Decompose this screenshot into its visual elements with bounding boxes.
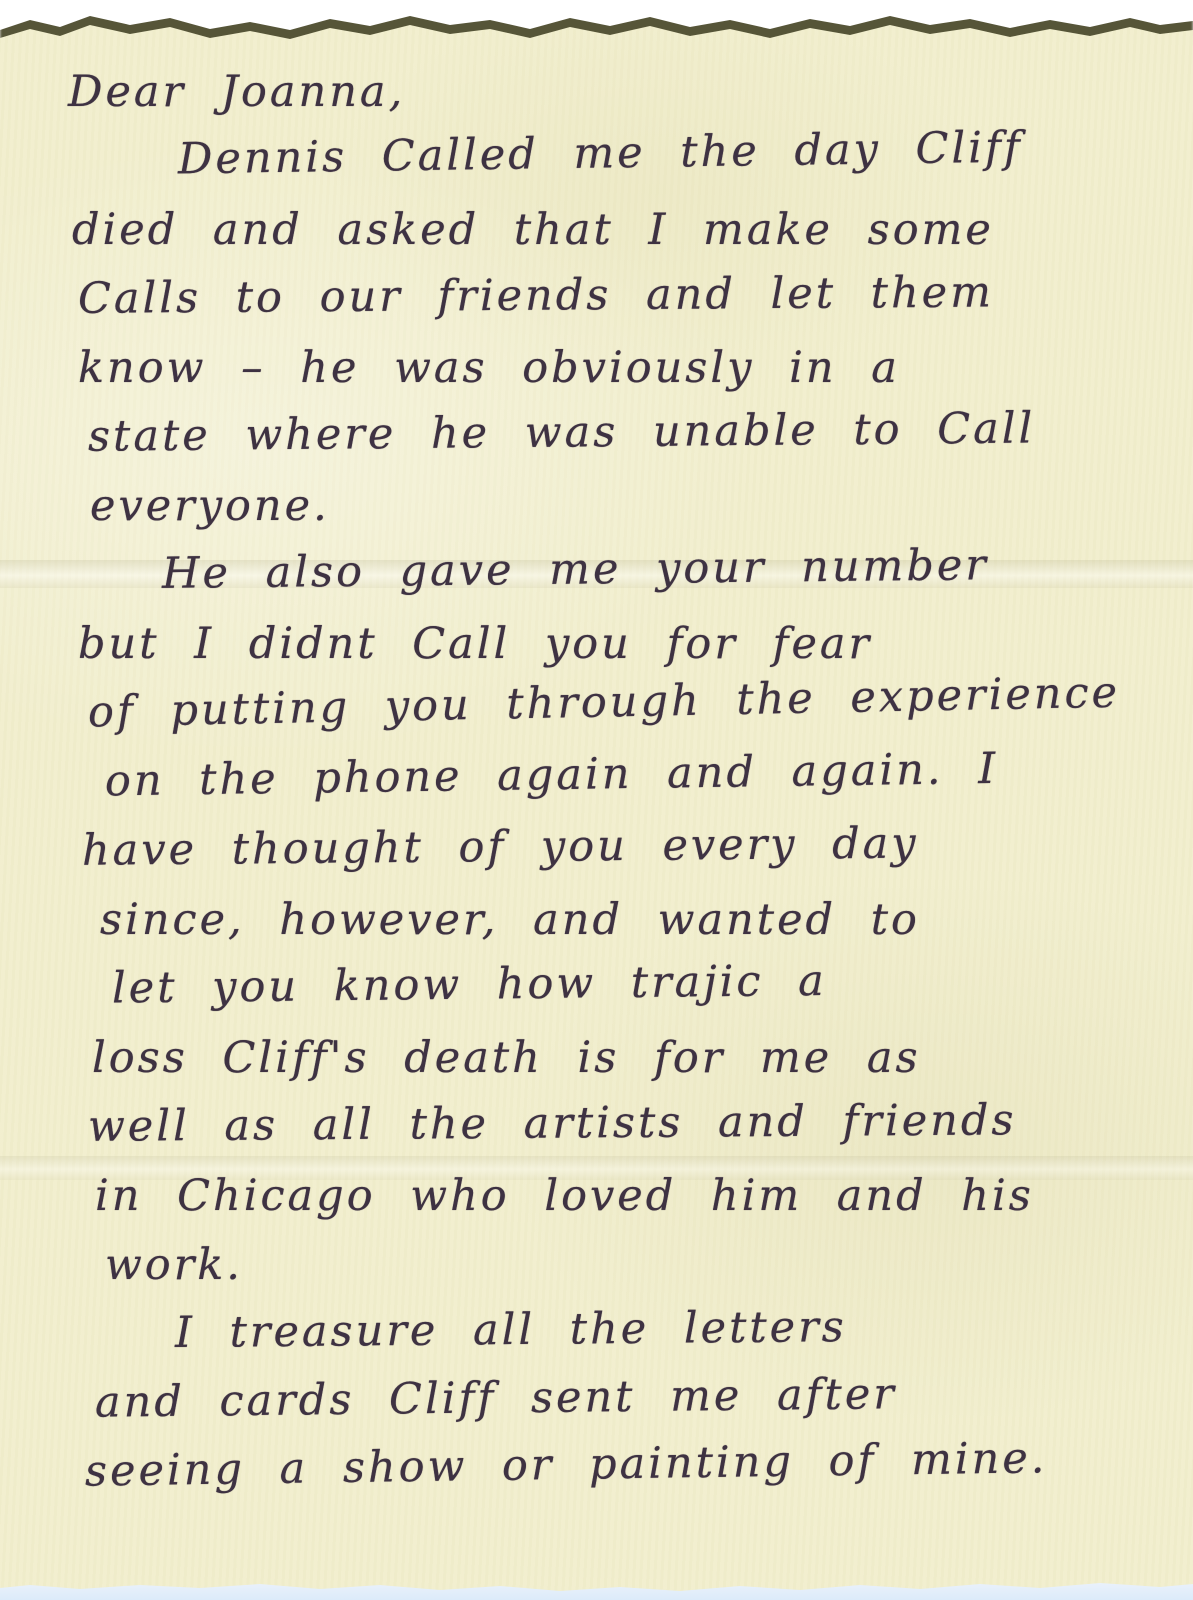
letter-line: seeing a show or painting of mine. xyxy=(60,1423,1151,1507)
letter-line: died and asked that I make some xyxy=(60,196,1150,265)
letter-line: work. xyxy=(60,1231,1150,1300)
letter-line: on the phone again and again. I xyxy=(60,733,1151,817)
scanned-letter-page: { "document": { "type_label": "handwritt… xyxy=(0,0,1193,1600)
letter-line: loss Cliff's death is for me as xyxy=(60,1024,1150,1093)
letter-line: know – he was obviously in a xyxy=(60,334,1150,403)
letter-line: state where he was unable to Call xyxy=(60,393,1151,472)
letter-line: Calls to our friends and let them xyxy=(60,257,1150,334)
letter-line: have thought of you every day xyxy=(60,807,1151,886)
letter-line: in Chicago who loved him and his xyxy=(60,1162,1150,1231)
letter-body: Dear Joanna, Dennis Called me the day Cl… xyxy=(60,58,1150,1507)
letter-line: He also gave me your number xyxy=(60,530,1151,610)
letter-line: Dennis Called me the day Cliff xyxy=(60,112,1151,196)
letter-line: I treasure all the letters xyxy=(60,1290,1151,1369)
letter-line: let you know how trajic a xyxy=(60,944,1151,1024)
letter-line: well as all the artists and friends xyxy=(60,1085,1150,1162)
